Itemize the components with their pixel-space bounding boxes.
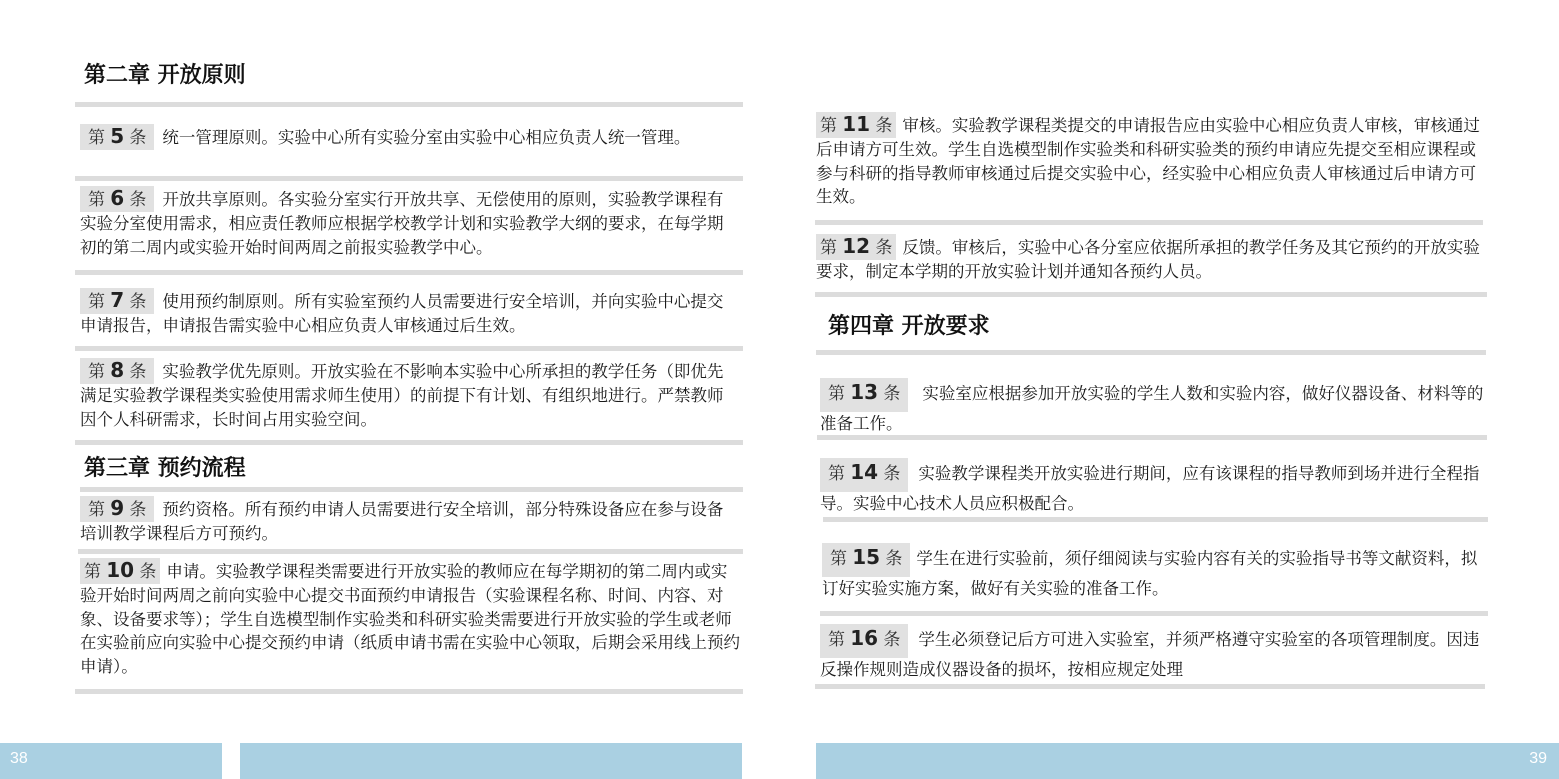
article-text: 学生必须登记后方可进入实验室，并须严格遵守实验室的各项管理制度。因违反操作规则造… xyxy=(820,630,1479,679)
article-text: 实验教学优先原则。开放实验在不影响本实验中心所承担的教学任务（即优先满足实验教学… xyxy=(80,362,724,429)
footer-bar xyxy=(240,743,742,779)
article-7: 第 7 条使用预约制原则。所有实验室预约人员需要进行安全培训，并向实验中心提交申… xyxy=(80,288,735,338)
article-label: 第 10 条 xyxy=(80,558,160,584)
article-text: 统一管理原则。实验中心所有实验分室由实验中心相应负责人统一管理。 xyxy=(162,128,690,147)
article-label: 第 9 条 xyxy=(80,496,154,522)
article-label: 第 5 条 xyxy=(80,124,154,150)
article-11: 第 11 条审核。实验教学课程类提交的申请报告应由实验中心相应负责人审核，审核通… xyxy=(816,112,1486,209)
article-text: 申请。实验教学课程类需要进行开放实验的教师应在每学期初的第二周内或实验开始时间两… xyxy=(80,562,740,676)
footer-bar xyxy=(0,743,222,779)
article-label: 第 8 条 xyxy=(80,358,154,384)
article-15: 第 15 条学生在进行实验前，须仔细阅读与实验内容有关的实验指导书等文献资料，拟… xyxy=(822,543,1492,601)
article-label: 第 13 条 xyxy=(820,378,908,412)
divider xyxy=(78,549,743,554)
article-text: 开放共享原则。各实验分室实行开放共享、无偿使用的原则，实验教学课程有实验分室使用… xyxy=(80,190,724,257)
divider xyxy=(75,176,743,181)
divider xyxy=(75,270,743,275)
article-12: 第 12 条反馈。审核后，实验中心各分室应依据所承担的教学任务及其它预约的开放实… xyxy=(816,234,1486,284)
divider xyxy=(75,689,743,694)
article-text: 实验教学课程类开放实验进行期间，应有该课程的指导教师到场并进行全程指导。实验中心… xyxy=(820,464,1479,513)
chapter-title: 第二章 开放原则 xyxy=(84,62,246,90)
article-label: 第 12 条 xyxy=(816,234,896,260)
article-label: 第 6 条 xyxy=(80,186,154,212)
article-text: 反馈。审核后，实验中心各分室应依据所承担的教学任务及其它预约的开放实验要求，制定… xyxy=(816,238,1480,281)
article-10: 第 10 条申请。实验教学课程类需要进行开放实验的教师应在每学期初的第二周内或实… xyxy=(80,558,740,678)
article-6: 第 6 条开放共享原则。各实验分室实行开放共享、无偿使用的原则，实验教学课程有实… xyxy=(80,186,735,259)
divider xyxy=(823,517,1488,522)
article-text: 学生在进行实验前，须仔细阅读与实验内容有关的实验指导书等文献资料，拟订好实验实施… xyxy=(822,549,1477,598)
article-label: 第 15 条 xyxy=(822,543,910,577)
divider xyxy=(816,350,1486,355)
article-8: 第 8 条实验教学优先原则。开放实验在不影响本实验中心所承担的教学任务（即优先满… xyxy=(80,358,735,431)
chapter-title: 第四章 开放要求 xyxy=(828,313,990,341)
article-16: 第 16 条学生必须登记后方可进入实验室，并须严格遵守实验室的各项管理制度。因违… xyxy=(820,624,1490,682)
article-text: 使用预约制原则。所有实验室预约人员需要进行安全培训，并向实验中心提交申请报告，申… xyxy=(80,292,723,335)
article-5: 第 5 条统一管理原则。实验中心所有实验分室由实验中心相应负责人统一管理。 xyxy=(80,124,735,150)
divider xyxy=(815,292,1487,297)
divider xyxy=(75,440,743,445)
divider xyxy=(80,487,743,492)
divider xyxy=(820,611,1488,616)
article-14: 第 14 条实验教学课程类开放实验进行期间，应有该课程的指导教师到场并进行全程指… xyxy=(820,458,1490,516)
divider xyxy=(75,346,743,351)
article-9: 第 9 条预约资格。所有预约申请人员需要进行安全培训，部分特殊设备应在参与设备培… xyxy=(80,496,735,546)
article-label: 第 7 条 xyxy=(80,288,154,314)
chapter-title: 第三章 预约流程 xyxy=(84,455,246,483)
article-label: 第 16 条 xyxy=(820,624,908,658)
page-number: 38 xyxy=(10,750,28,768)
article-text: 预约资格。所有预约申请人员需要进行安全培训，部分特殊设备应在参与设备培训教学课程… xyxy=(80,500,723,543)
page-number: 39 xyxy=(1529,750,1547,768)
article-label: 第 11 条 xyxy=(816,112,896,138)
divider xyxy=(815,684,1485,689)
article-text: 审核。实验教学课程类提交的申请报告应由实验中心相应负责人审核，审核通过后申请方可… xyxy=(816,116,1480,206)
article-13: 第 13 条实验室应根据参加开放实验的学生人数和实验内容，做好仪器设备、材料等的… xyxy=(820,378,1490,436)
divider xyxy=(815,220,1483,225)
article-text: 实验室应根据参加开放实验的学生人数和实验内容，做好仪器设备、材料等的准备工作。 xyxy=(820,384,1483,433)
footer-bar xyxy=(816,743,1559,779)
right-page: 第 11 条审核。实验教学课程类提交的申请报告应由实验中心相应负责人审核，审核通… xyxy=(780,0,1559,779)
left-page: 第二章 开放原则 第 5 条统一管理原则。实验中心所有实验分室由实验中心相应负责… xyxy=(0,0,779,779)
article-label: 第 14 条 xyxy=(820,458,908,492)
divider xyxy=(817,435,1487,440)
divider xyxy=(75,102,743,107)
